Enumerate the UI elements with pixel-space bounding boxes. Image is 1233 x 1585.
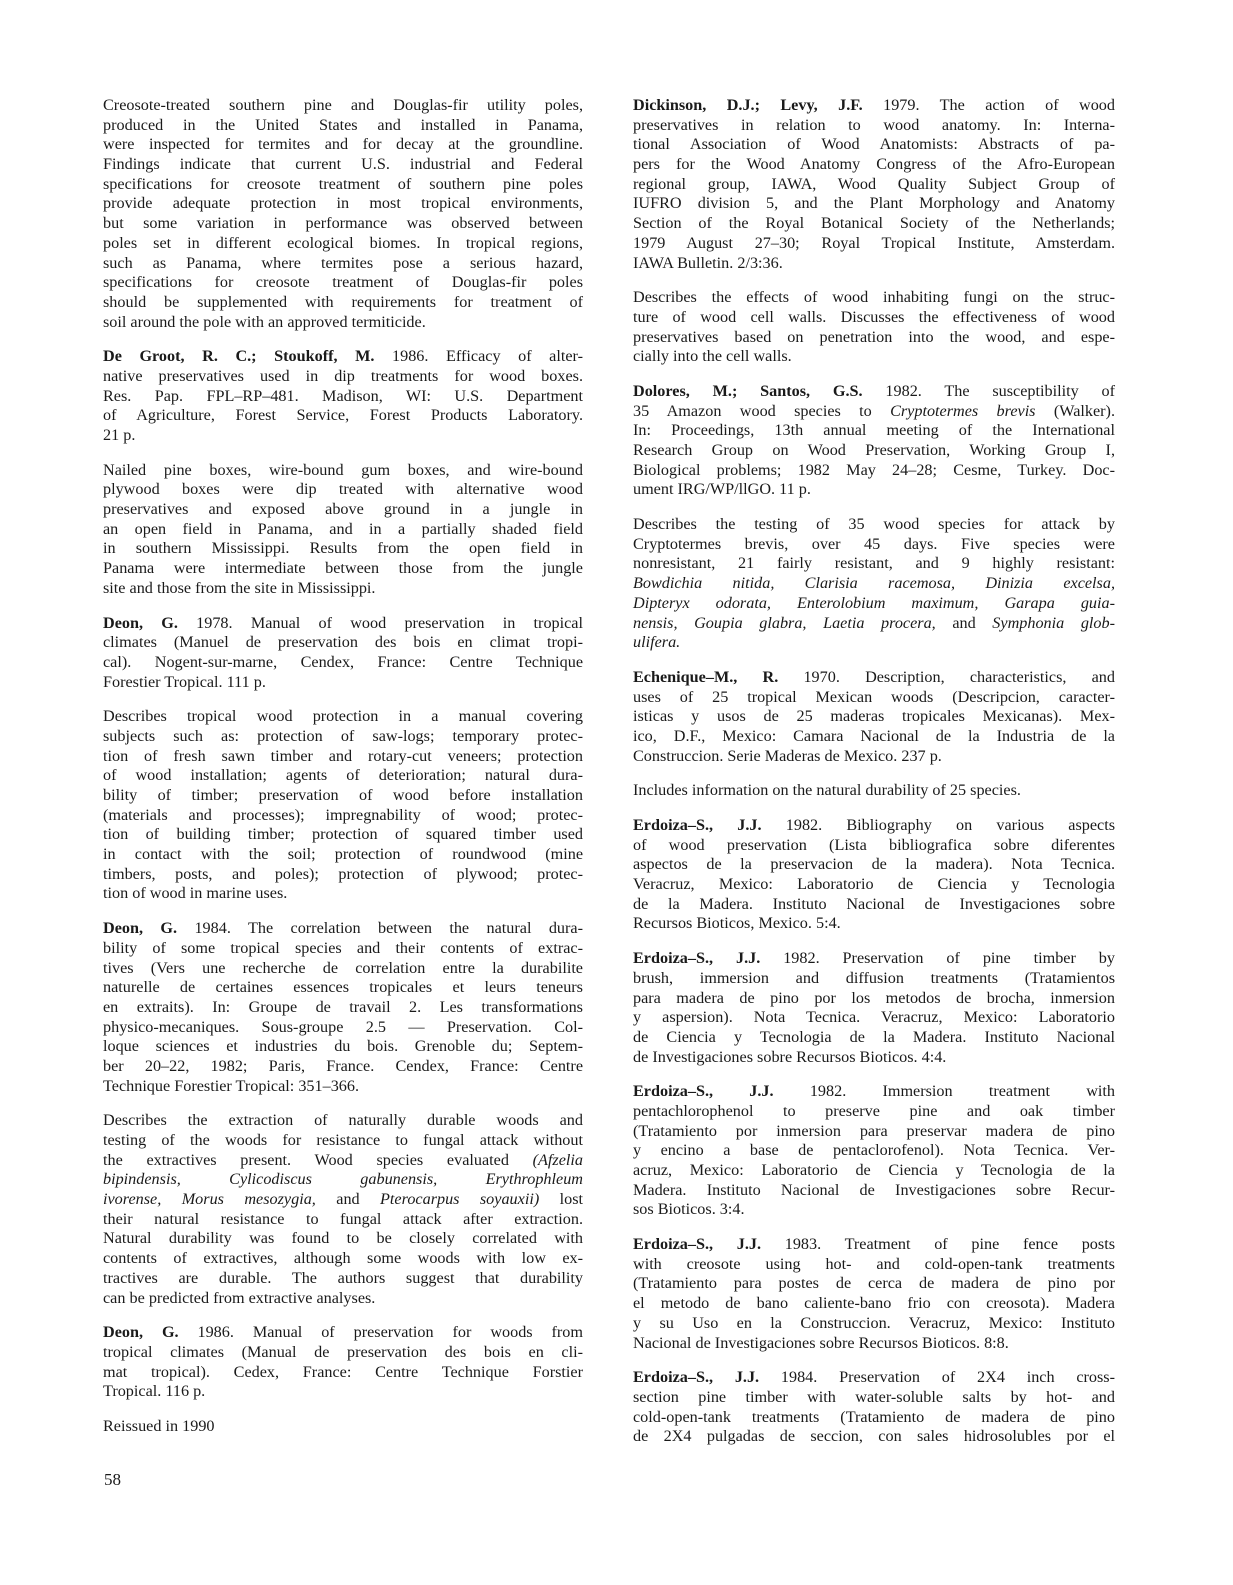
text-line: loque sciences et industries du bois. Gr… — [103, 1037, 583, 1057]
text-line: (Tratamiento para postes de cerca de mad… — [633, 1274, 1115, 1294]
text-line: Includes information on the natural dura… — [633, 781, 1115, 801]
text-line: mat tropical). Cedex, France: Centre Tec… — [103, 1363, 583, 1383]
text-line: ber 20–22, 1982; Paris, France. Cendex, … — [103, 1057, 583, 1077]
text-line: an open field in Panama, and in a partia… — [103, 520, 583, 540]
text-line: the extractives present. Wood species ev… — [103, 1151, 583, 1171]
text-line: Forestier Tropical. 111 p. — [103, 673, 583, 693]
text-line: contents of extractives, although some w… — [103, 1249, 583, 1269]
text-line: tion of building timber; protection of s… — [103, 825, 583, 845]
citation-title: 1982. Immersion treatment with — [774, 1082, 1115, 1100]
italic-text: Symphonia glob- — [992, 614, 1115, 632]
citation-author: Dolores, M.; Santos, G.S. — [633, 382, 863, 400]
text: (Walker). — [1036, 402, 1116, 420]
abstract-paragraph: Describes the effects of wood inhabiting… — [633, 288, 1115, 367]
text-line: Nacional de Investigaciones sobre Recurs… — [633, 1334, 1115, 1354]
citation-title: 1984. The correlation between the natura… — [177, 919, 583, 937]
text-line: Erdoiza–S., J.J. 1984. Preservation of 2… — [633, 1368, 1115, 1388]
text-line: Construccion. Serie Maderas de Mexico. 2… — [633, 747, 1115, 767]
text-line: timbers, posts, and poles); protection o… — [103, 865, 583, 885]
text-line: IAWA Bulletin. 2/3:36. — [633, 254, 1115, 274]
text-line: Erdoiza–S., J.J. 1983. Treatment of pine… — [633, 1235, 1115, 1255]
citation-author: Erdoiza–S., J.J. — [633, 1082, 774, 1100]
italic-text: Cryptotermes brevis — [890, 402, 1035, 420]
text-line: ulifera. — [633, 633, 1115, 653]
citation-author: De Groot, R. C.; Stoukoff, M. — [103, 347, 374, 365]
text-line: isticas y usos de 25 maderas tropicales … — [633, 707, 1115, 727]
citation-author: Erdoiza–S., J.J. — [633, 1368, 759, 1386]
text-line: Erdoiza–S., J.J. 1982. Preservation of p… — [633, 949, 1115, 969]
text-line: en extraits). In: Groupe de travail 2. L… — [103, 998, 583, 1018]
abstract-paragraph: Nailed pine boxes, wire-bound gum boxes,… — [103, 461, 583, 599]
text-line: preservatives based on penetration into … — [633, 328, 1115, 348]
text-line: tractives are durable. The authors sugge… — [103, 1269, 583, 1289]
text-line: plywood boxes were dip treated with alte… — [103, 480, 583, 500]
italic-text: (Afzelia — [533, 1151, 583, 1169]
text-line: Erdoiza–S., J.J. 1982. Bibliography on v… — [633, 816, 1115, 836]
citation-author: Deon, G. — [103, 614, 178, 632]
text-line: should be supplemented with requirements… — [103, 293, 583, 313]
text-line: Nailed pine boxes, wire-bound gum boxes,… — [103, 461, 583, 481]
text-line: site and those from the site in Mississi… — [103, 579, 583, 599]
text: contents of extractives, although some w… — [103, 1249, 583, 1267]
text-line: Section of the Royal Botanical Society o… — [633, 214, 1115, 234]
text-line: tion of fresh sawn timber and rotary-cut… — [103, 747, 583, 767]
text-line: (Tratamiento por inmersion para preserva… — [633, 1122, 1115, 1142]
text-line: ivorense, Morus mesozygia, and Pterocarp… — [103, 1190, 583, 1210]
text-line: y aspersion). Nota Tecnica. Veracruz, Me… — [633, 1008, 1115, 1028]
text-line: their natural resistance to fungal attac… — [103, 1210, 583, 1230]
text-line: Technique Forestier Tropical: 351–366. — [103, 1077, 583, 1097]
text: Describes the testing of 35 wood species… — [633, 515, 1115, 533]
text-line: Reissued in 1990 — [103, 1417, 583, 1437]
citation-author: Erdoiza–S., J.J. — [633, 1235, 761, 1253]
text-line: bipindensis, Cylicodiscus gabunensis, Er… — [103, 1170, 583, 1190]
italic-text: nensis, Goupia glabra, Laetia procera, — [633, 614, 936, 632]
citation-title: 1982. Preservation of pine timber by — [760, 949, 1115, 967]
text: Natural durability was found to be close… — [103, 1229, 583, 1247]
citation-entry: Erdoiza–S., J.J. 1982. Immersion treatme… — [633, 1082, 1115, 1220]
text: Describes the extraction of naturally du… — [103, 1111, 583, 1129]
text-line: Dipteryx odorata, Enterolobium maximum, … — [633, 594, 1115, 614]
citation-title: 1970. Description, characteristics, and — [778, 668, 1115, 686]
text-line: poles set in different ecological biomes… — [103, 234, 583, 254]
text-line: 1979 August 27–30; Royal Tropical Instit… — [633, 234, 1115, 254]
text-line: subjects such as: protection of saw-logs… — [103, 727, 583, 747]
text-line: Panama were intermediate between those f… — [103, 559, 583, 579]
citation-entry: Echenique–M., R. 1970. Description, char… — [633, 668, 1115, 766]
text-line: De Groot, R. C.; Stoukoff, M. 1986. Effi… — [103, 347, 583, 367]
citation-entry: Dolores, M.; Santos, G.S. 1982. The susc… — [633, 382, 1115, 500]
text-line: specifications for creosote treatment of… — [103, 273, 583, 293]
text-line: Describes the effects of wood inhabiting… — [633, 288, 1115, 308]
text-line: Deon, G. 1986. Manual of preservation fo… — [103, 1323, 583, 1343]
text: can be predicted from extractive analyse… — [103, 1289, 375, 1307]
text-line: Echenique–M., R. 1970. Description, char… — [633, 668, 1115, 688]
text-line: such as Panama, where termites pose a se… — [103, 254, 583, 274]
text-line: Res. Pap. FPL–RP–481. Madison, WI: U.S. … — [103, 387, 583, 407]
text: In: Proceedings, 13th annual meeting of … — [633, 421, 1115, 439]
text-line: native preservatives used in dip treatme… — [103, 367, 583, 387]
abstract-paragraph: Describes tropical wood protection in a … — [103, 707, 583, 904]
text-line: preservatives in relation to wood anatom… — [633, 116, 1115, 136]
text-line: Describes the extraction of naturally du… — [103, 1111, 583, 1131]
citation-author: Erdoiza–S., J.J. — [633, 816, 762, 834]
text-line: Tropical. 116 p. — [103, 1382, 583, 1402]
text-line: y encino a base de pentaclorofenol). Not… — [633, 1141, 1115, 1161]
text-line: uses of 25 tropical Mexican woods (Descr… — [633, 688, 1115, 708]
text-line: Describes the testing of 35 wood species… — [633, 515, 1115, 535]
text-line: tives (Vers une recherche de correlation… — [103, 959, 583, 979]
text-line: can be predicted from extractive analyse… — [103, 1289, 583, 1309]
citation-title: 1978. Manual of wood preservation in tro… — [178, 614, 583, 632]
right-column: Dickinson, D.J.; Levy, J.F. 1979. The ac… — [633, 96, 1115, 1462]
text-line: provide adequate protection in most trop… — [103, 194, 583, 214]
text-line: testing of the woods for resistance to f… — [103, 1131, 583, 1151]
text: Research Group on Wood Preservation, Wor… — [633, 441, 1115, 459]
citation-author: Echenique–M., R. — [633, 668, 778, 686]
text-line: but some variation in performance was ob… — [103, 214, 583, 234]
citation-author: Deon, G. — [103, 919, 177, 937]
citation-author: Erdoiza–S., J.J. — [633, 949, 760, 967]
text-line: nonresistant, 21 fairly resistant, and 9… — [633, 554, 1115, 574]
citation-author: Deon, G. — [103, 1323, 179, 1341]
text-line: of wood installation; agents of deterior… — [103, 766, 583, 786]
text-line: y su Uso en la Construccion. Veracruz, M… — [633, 1314, 1115, 1334]
text-line: section pine timber with water-soluble s… — [633, 1388, 1115, 1408]
text: ument IRG/WP/llGO. 11 p. — [633, 480, 811, 498]
citation-entry: Deon, G. 1978. Manual of wood preservati… — [103, 614, 583, 693]
text: 35 Amazon wood species to — [633, 402, 890, 420]
text-line: aspectos de la preservacion de la madera… — [633, 855, 1115, 875]
citation-entry: Dickinson, D.J.; Levy, J.F. 1979. The ac… — [633, 96, 1115, 273]
text-line: el metodo de bano caliente-bano frio con… — [633, 1294, 1115, 1314]
text-line: ument IRG/WP/llGO. 11 p. — [633, 480, 1115, 500]
text-line: of wood preservation (Lista bibliografic… — [633, 836, 1115, 856]
text-line: bility of some tropical species and thei… — [103, 939, 583, 959]
text: Biological problems; 1982 May 24–28; Ces… — [633, 461, 1115, 479]
text-line: In: Proceedings, 13th annual meeting of … — [633, 421, 1115, 441]
text: and — [936, 614, 993, 632]
text-line: Erdoiza–S., J.J. 1982. Immersion treatme… — [633, 1082, 1115, 1102]
text-line: of Agriculture, Forest Service, Forest P… — [103, 406, 583, 426]
text-line: cold-open-tank treatments (Tratamiento d… — [633, 1408, 1115, 1428]
text-line: acruz, Mexico: Laboratorio de Ciencia y … — [633, 1161, 1115, 1181]
citation-title: 1982. Bibliography on various aspects — [762, 816, 1115, 834]
text-line: regional group, IAWA, Wood Quality Subje… — [633, 175, 1115, 195]
italic-text: Dipteryx odorata, Enterolobium maximum, … — [633, 594, 1115, 612]
text: nonresistant, 21 fairly resistant, and 9… — [633, 554, 1115, 572]
text: lost — [539, 1190, 583, 1208]
text-line: Bowdichia nitida, Clarisia racemosa, Din… — [633, 574, 1115, 594]
italic-text: ulifera. — [633, 633, 680, 651]
text: testing of the woods for resistance to f… — [103, 1131, 583, 1149]
text-line: Deon, G. 1984. The correlation between t… — [103, 919, 583, 939]
citation-entry: Erdoiza–S., J.J. 1983. Treatment of pine… — [633, 1235, 1115, 1353]
text-line: para madera de pino por los metodos de b… — [633, 989, 1115, 1009]
abstract-paragraph: Includes information on the natural dura… — [633, 781, 1115, 801]
text-line: pentachlorophenol to preserve pine and o… — [633, 1102, 1115, 1122]
abstract-paragraph: Describes the extraction of naturally du… — [103, 1111, 583, 1308]
text: the extractives present. Wood species ev… — [103, 1151, 533, 1169]
text-line: sos Bioticos. 3:4. — [633, 1200, 1115, 1220]
citation-title: 1986. Efficacy of alter- — [374, 347, 583, 365]
text-line: 21 p. — [103, 426, 583, 446]
text-line: climates (Manuel de preservation des boi… — [103, 633, 583, 653]
text-line: de la Madera. Instituto Nacional de Inve… — [633, 895, 1115, 915]
citation-entry: Erdoiza–S., J.J. 1982. Preservation of p… — [633, 949, 1115, 1067]
citation-title: 1983. Treatment of pine fence posts — [761, 1235, 1115, 1253]
text-line: bility of timber; preservation of wood b… — [103, 786, 583, 806]
citation-entry: Deon, G. 1984. The correlation between t… — [103, 919, 583, 1096]
text-line: de Ciencia y Tecnologia de la Madera. In… — [633, 1028, 1115, 1048]
text: their natural resistance to fungal attac… — [103, 1210, 583, 1228]
abstract-paragraph: Reissued in 1990 — [103, 1417, 583, 1437]
citation-entry: De Groot, R. C.; Stoukoff, M. 1986. Effi… — [103, 347, 583, 445]
text-line: tional Association of Wood Anatomists: A… — [633, 135, 1115, 155]
page-number: 58 — [104, 1470, 121, 1490]
text-line: physico-mecaniques. Sous-groupe 2.5 — Pr… — [103, 1018, 583, 1038]
text: tractives are durable. The authors sugge… — [103, 1269, 583, 1287]
text-line: naturelle de certaines essences tropical… — [103, 978, 583, 998]
text-line: Dickinson, D.J.; Levy, J.F. 1979. The ac… — [633, 96, 1115, 116]
text-line: Natural durability was found to be close… — [103, 1229, 583, 1249]
text-line: Veracruz, Mexico: Laboratorio de Ciencia… — [633, 875, 1115, 895]
citation-entry: Erdoiza–S., J.J. 1984. Preservation of 2… — [633, 1368, 1115, 1447]
text-line: Creosote-treated southern pine and Dougl… — [103, 96, 583, 116]
citation-entry: Deon, G. 1986. Manual of preservation fo… — [103, 1323, 583, 1402]
italic-text: Bowdichia nitida, Clarisia racemosa, Din… — [633, 574, 1115, 592]
text-line: with creosote using hot- and cold-open-t… — [633, 1255, 1115, 1275]
text-line: de Investigaciones sobre Recursos Biotic… — [633, 1048, 1115, 1068]
abstract-paragraph: Describes the testing of 35 wood species… — [633, 515, 1115, 653]
text-line: Biological problems; 1982 May 24–28; Ces… — [633, 461, 1115, 481]
text-line: in contact with the soil; protection of … — [103, 845, 583, 865]
left-column: Creosote-treated southern pine and Dougl… — [103, 96, 583, 1452]
citation-author: Dickinson, D.J.; Levy, J.F. — [633, 96, 863, 114]
text-line: Describes tropical wood protection in a … — [103, 707, 583, 727]
citation-title: 1979. The action of wood — [863, 96, 1115, 114]
text-line: (materials and processes); impregnabilit… — [103, 806, 583, 826]
text-line: pers for the Wood Anatomy Congress of th… — [633, 155, 1115, 175]
text-line: in southern Mississippi. Results from th… — [103, 539, 583, 559]
text-line: ico, D.F., Mexico: Camara Nacional de la… — [633, 727, 1115, 747]
text-line: tropical climates (Manual de preservatio… — [103, 1343, 583, 1363]
abstract-paragraph: Creosote-treated southern pine and Dougl… — [103, 96, 583, 332]
text-line: Deon, G. 1978. Manual of wood preservati… — [103, 614, 583, 634]
citation-title: 1986. Manual of preservation for woods f… — [179, 1323, 583, 1341]
text-line: cially into the cell walls. — [633, 347, 1115, 367]
text-line: soil around the pole with an approved te… — [103, 313, 583, 333]
text-line: were inspected for termites and for deca… — [103, 135, 583, 155]
italic-text: ivorense, Morus mesozygia, — [103, 1190, 316, 1208]
text-line: 35 Amazon wood species to Cryptotermes b… — [633, 402, 1115, 422]
text-line: nensis, Goupia glabra, Laetia procera, a… — [633, 614, 1115, 634]
text-line: Findings indicate that current U.S. indu… — [103, 155, 583, 175]
text-line: de 2X4 pulgadas de seccion, con sales hi… — [633, 1427, 1115, 1447]
italic-text: bipindensis, Cylicodiscus gabunensis, Er… — [103, 1170, 583, 1188]
text-line: Research Group on Wood Preservation, Wor… — [633, 441, 1115, 461]
citation-title: 1984. Preservation of 2X4 inch cross- — [759, 1368, 1115, 1386]
text-line: cal). Nogent-sur-marne, Cendex, France: … — [103, 653, 583, 673]
text-line: tion of wood in marine uses. — [103, 884, 583, 904]
text-line: Cryptotermes brevis, over 45 days. Five … — [633, 535, 1115, 555]
citation-title: 1982. The susceptibility of — [863, 382, 1115, 400]
text-line: ture of wood cell walls. Discusses the e… — [633, 308, 1115, 328]
text-line: Madera. Instituto Nacional de Investigac… — [633, 1181, 1115, 1201]
text-line: Dolores, M.; Santos, G.S. 1982. The susc… — [633, 382, 1115, 402]
text-line: brush, immersion and diffusion treatment… — [633, 969, 1115, 989]
text-line: preservatives and exposed above ground i… — [103, 500, 583, 520]
text-line: IUFRO division 5, and the Plant Morpholo… — [633, 194, 1115, 214]
text-line: specifications for creosote treatment of… — [103, 175, 583, 195]
text-line: Recursos Bioticos, Mexico. 5:4. — [633, 914, 1115, 934]
text-line: produced in the United States and instal… — [103, 116, 583, 136]
italic-text: Pterocarpus soyauxii) — [380, 1190, 539, 1208]
text: Cryptotermes brevis, over 45 days. Five … — [633, 535, 1115, 553]
text: and — [316, 1190, 380, 1208]
citation-entry: Erdoiza–S., J.J. 1982. Bibliography on v… — [633, 816, 1115, 934]
